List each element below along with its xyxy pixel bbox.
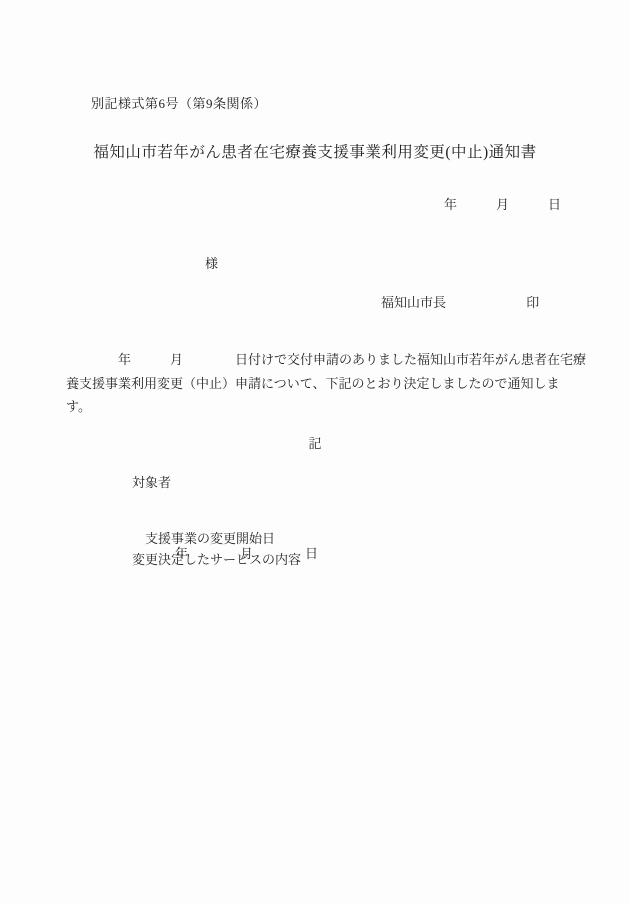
issue-date-blank: 年 月 日	[444, 197, 561, 213]
record-heading: 記	[0, 436, 630, 452]
item-target-person: 対象者	[132, 475, 171, 491]
issuer-line: 福知山市長 印	[381, 295, 539, 311]
body-paragraph-line-2: 養支援事業利用変更（中止）申請について、下記のとおり決定しましたので通知しま	[66, 372, 578, 396]
item-change-start-date: 支援事業の変更開始日 年 月 日	[132, 515, 318, 577]
body-paragraph: 年 月 日付けで交付申請のありました福知山市若年がん患者在宅療 養支援事業利用変…	[66, 348, 578, 419]
form-reference: 別記様式第6号（第9条関係）	[91, 96, 267, 112]
issuer-name: 福知山市長	[381, 295, 446, 310]
body-paragraph-line-1: 年 月 日付けで交付申請のありました福知山市若年がん患者在宅療	[66, 348, 578, 372]
body-paragraph-line-3: す。	[66, 395, 578, 419]
document-title: 福知山市若年がん患者在宅療養支援事業利用変更(中止)通知書	[0, 144, 630, 163]
notice-document-page: 別記様式第6号（第9条関係） 福知山市若年がん患者在宅療養支援事業利用変更(中止…	[0, 0, 630, 903]
issuer-seal-mark: 印	[526, 295, 539, 310]
addressee-honorific: 様	[205, 256, 218, 272]
item-changed-service-content: 変更決定したサービスの内容	[132, 552, 301, 568]
item-change-start-date-label: 支援事業の変更開始日	[145, 531, 275, 546]
